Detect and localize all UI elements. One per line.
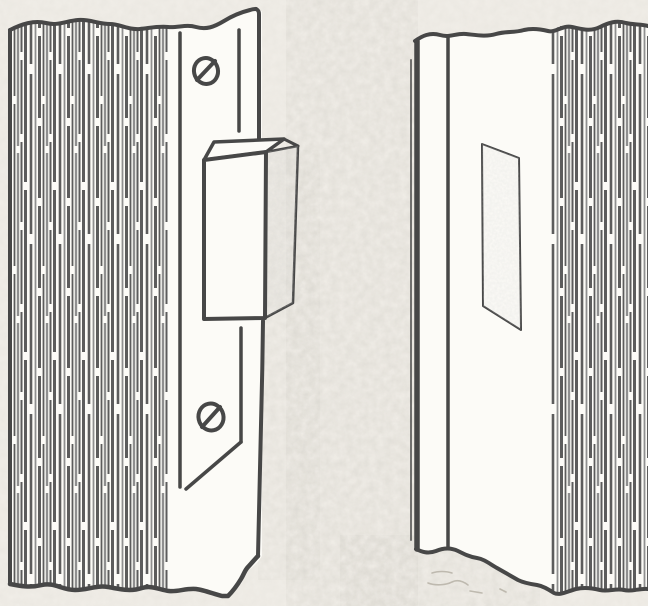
right-jamb-wood-grain	[546, 16, 648, 600]
figure-jamb-with-mortise	[411, 16, 648, 600]
scanned-illustration-page	[0, 0, 648, 606]
strike-box	[204, 138, 304, 324]
figure-jamb-with-strike-plate	[8, 9, 304, 598]
left-jamb-wood-grain	[8, 18, 172, 598]
drawing-canvas	[0, 0, 648, 606]
mortise-hole	[478, 140, 526, 336]
strike-box-front-face	[204, 152, 266, 319]
mortise-hole-texture	[478, 140, 526, 336]
screw-top-icon	[192, 56, 221, 86]
